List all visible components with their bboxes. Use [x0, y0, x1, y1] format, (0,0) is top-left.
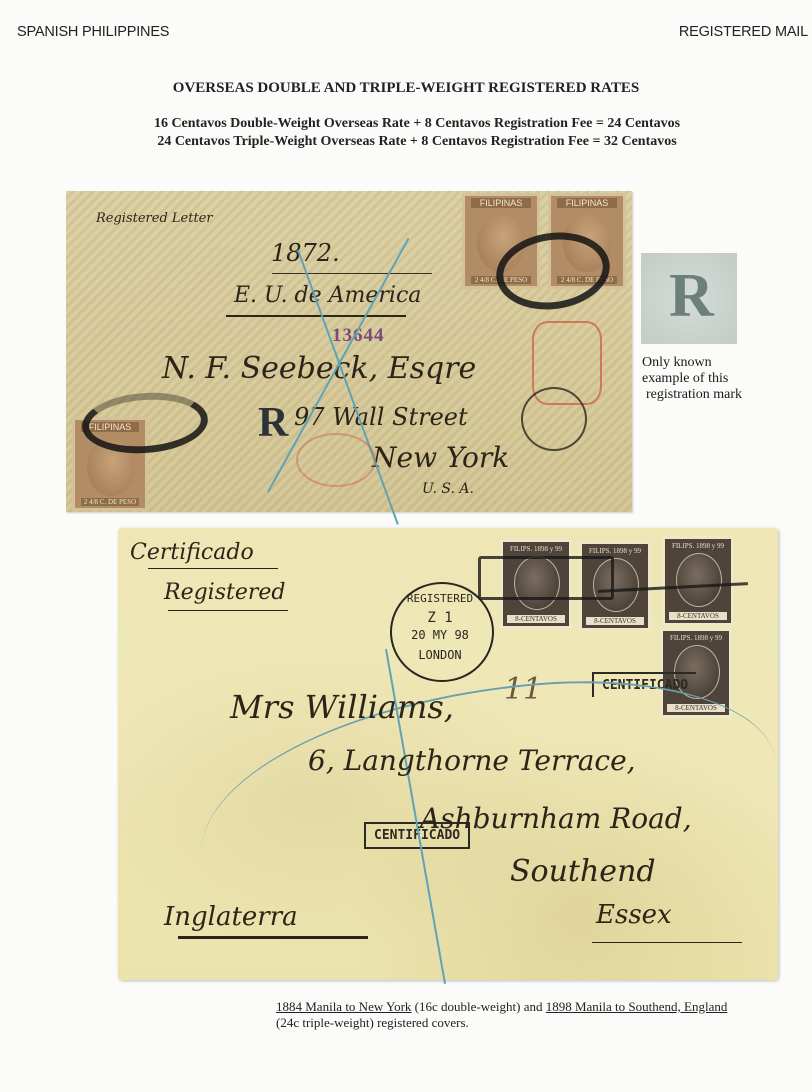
rate-line-double: 16 Centavos Double-Weight Overseas Rate …	[0, 116, 812, 132]
underline	[148, 568, 278, 569]
covers-caption: 1884 Manila to New York (16c double-weig…	[276, 999, 746, 1031]
inset-caption: Only known example of this registration …	[642, 355, 742, 403]
underline	[272, 273, 432, 274]
certificado-annotation: Certificado	[130, 540, 254, 565]
country: U. S. A.	[422, 481, 474, 497]
red-circle-mark	[296, 433, 376, 487]
underline	[168, 610, 288, 611]
city: New York	[372, 441, 509, 474]
street: 97 Wall Street	[294, 403, 468, 431]
destination-line: E. U. de America	[234, 283, 421, 308]
county: Essex	[596, 900, 672, 930]
box-cancel	[478, 556, 614, 600]
page-title: OVERSEAS DOUBLE AND TRIPLE-WEIGHT REGIST…	[0, 80, 812, 97]
header-country: SPANISH PHILIPPINES	[17, 24, 169, 40]
addressee: N. F. Seebeck, Esqre	[162, 351, 476, 386]
registration-r-mark: R	[258, 399, 288, 447]
arrival-postmark	[521, 387, 587, 451]
registered-annotation: Registered	[164, 580, 285, 605]
underline	[592, 942, 742, 943]
cover-1898-southend: Certificado Registered REGISTERED Z 1 20…	[118, 528, 778, 980]
header-topic: REGISTERED MAIL	[679, 24, 808, 40]
cover-1884-new-york: Registered Letter 1872. E. U. de America…	[66, 191, 632, 512]
underline	[226, 315, 406, 317]
caption-new-york-cover: 1884 Manila to New York	[276, 999, 411, 1014]
destination-country: Inglaterra	[164, 902, 298, 932]
stamp: FILIPS. 1898 y 99 8-CENTAVOS	[662, 536, 734, 626]
addressee: Mrs Williams,	[230, 688, 454, 726]
registered-letter-annotation: Registered Letter	[96, 211, 213, 226]
rate-line-triple: 24 Centavos Triple-Weight Overseas Rate …	[0, 134, 812, 150]
city: Southend	[510, 854, 656, 889]
address-line-1: 6, Langthorne Terrace,	[308, 744, 636, 777]
address-line-2: Ashburnham Road,	[420, 802, 692, 835]
registration-mark-enlargement: R	[641, 253, 737, 344]
underline	[178, 936, 368, 939]
portrait	[676, 553, 722, 607]
year-note: 1872.	[271, 239, 340, 267]
caption-southend-cover: 1898 Manila to Southend, England	[546, 999, 728, 1014]
